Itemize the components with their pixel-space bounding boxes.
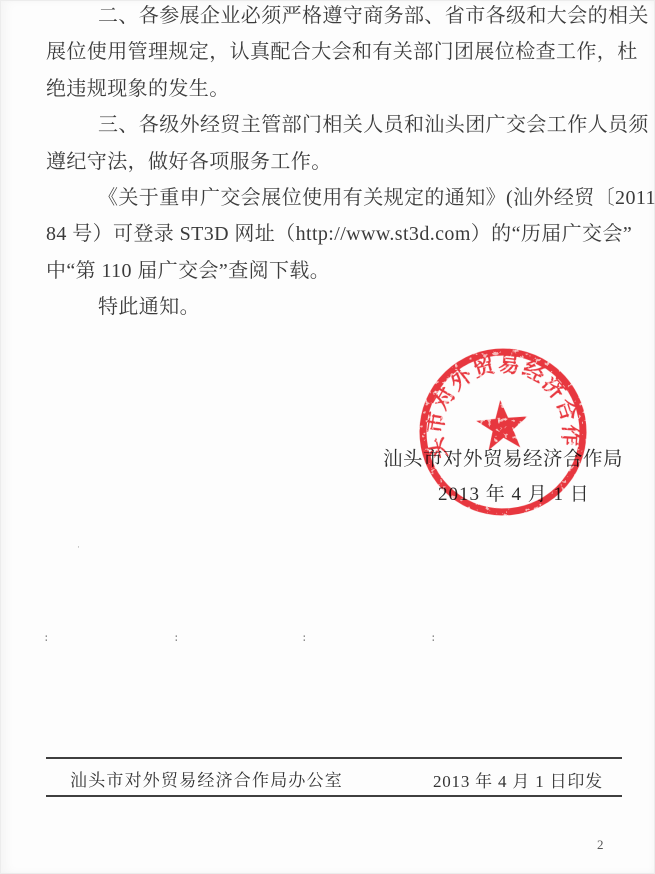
- scanned-notice-page: 二、各参展企业必须严格遵守商务部、省市各级和大会的相关 展位使用管理规定，认真配…: [0, 0, 655, 874]
- body-line: 中“第 110 届广交会”查阅下载。: [46, 253, 621, 289]
- body-line: 二、各参展企业必须严格遵守商务部、省市各级和大会的相关: [46, 0, 621, 34]
- body-line: 三、各级外经贸主管部门相关人员和汕头团广交会工作人员须: [46, 107, 621, 143]
- body-line: 展位使用管理规定，认真配合大会和有关部门团展位检查工作，杜: [46, 34, 621, 70]
- seal-star-icon: [475, 398, 530, 451]
- scan-artifact-colon: :: [301, 631, 308, 644]
- scan-artifact-colon: :: [43, 631, 50, 644]
- page-number: 2: [597, 837, 604, 853]
- footer-issuer-office: 汕头市对外贸易经济合作局办公室: [70, 766, 343, 791]
- footer-rule-top: [46, 757, 622, 759]
- body-line: 《关于重申广交会展位使用有关规定的通知》(汕外经贸〔2011〕: [46, 180, 621, 216]
- scan-artifact-colon: :: [430, 631, 437, 644]
- body-line: 遵纪守法，做好各项服务工作。: [46, 144, 621, 180]
- scan-artifact-colon: :: [173, 631, 180, 644]
- footer-print-date: 2013 年 4 月 1 日印发: [433, 767, 603, 792]
- official-seal-icon: 汕头市对外贸易经济合作局: [400, 329, 606, 535]
- notice-body: 二、各参展企业必须严格遵守商务部、省市各级和大会的相关 展位使用管理规定，认真配…: [46, 0, 621, 326]
- scan-artifact-dot: ·: [77, 542, 80, 552]
- body-line: 特此通知。: [46, 289, 621, 325]
- body-line: 84 号）可登录 ST3D 网址（http://www.st3d.com）的“历…: [46, 216, 621, 252]
- body-line: 绝违规现象的发生。: [46, 71, 621, 107]
- footer-rule-bottom: [46, 795, 622, 797]
